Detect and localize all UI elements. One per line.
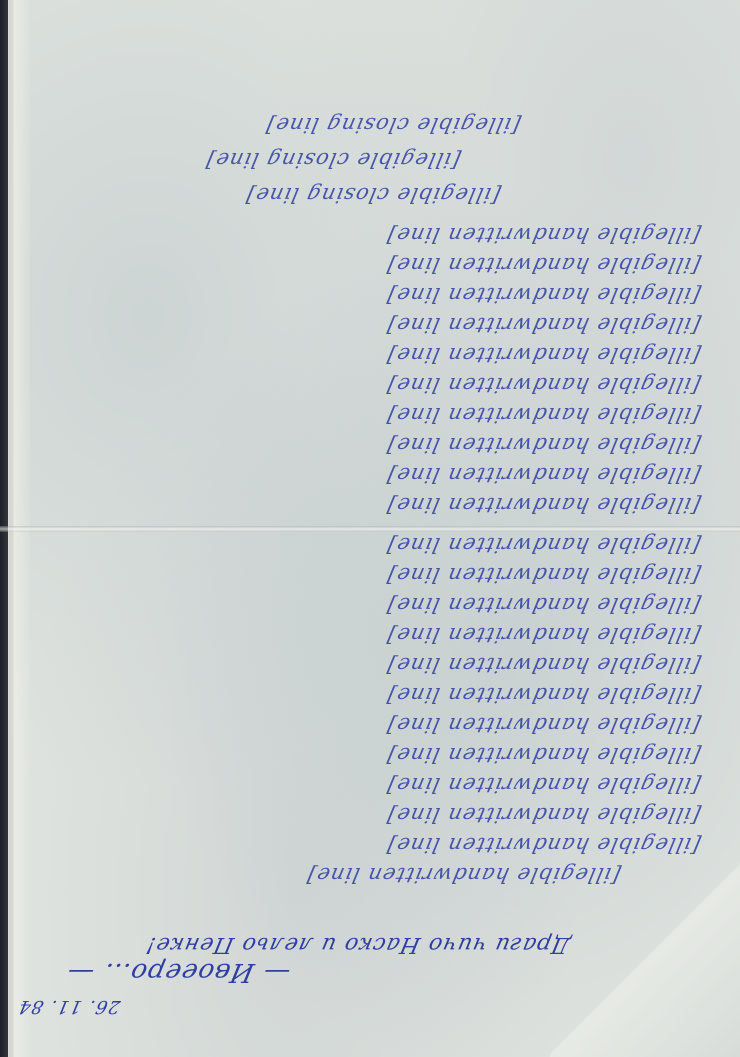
- body-line: [illegible handwritten line]: [384, 653, 702, 677]
- body-line: [illegible handwritten line]: [384, 833, 702, 857]
- closing-line: [illegible closing line]: [203, 148, 462, 172]
- body-line: [illegible handwritten line]: [304, 863, 622, 887]
- body-line: [illegible handwritten line]: [384, 773, 702, 797]
- closing-line: [illegible closing line]: [263, 113, 522, 137]
- letter-signature: — Ивоееро… —: [64, 957, 293, 987]
- body-line: [illegible handwritten line]: [384, 403, 702, 427]
- body-line: [illegible handwritten line]: [384, 223, 702, 247]
- body-line: [illegible handwritten line]: [384, 343, 702, 367]
- body-line: [illegible handwritten line]: [384, 433, 702, 457]
- body-line: [illegible handwritten line]: [384, 373, 702, 397]
- body-line: [illegible handwritten line]: [384, 803, 702, 827]
- body-line: [illegible handwritten line]: [384, 683, 702, 707]
- body-line: [illegible handwritten line]: [384, 253, 702, 277]
- handwritten-letter: 26. 11. 84 — Ивоееро… — Драги чичо Наско…: [0, 0, 740, 1057]
- body-line: [illegible handwritten line]: [384, 313, 702, 337]
- body-line: [illegible handwritten line]: [384, 493, 702, 517]
- body-line: [illegible handwritten line]: [384, 743, 702, 767]
- closing-line: [illegible closing line]: [243, 183, 502, 207]
- body-line: [illegible handwritten line]: [384, 283, 702, 307]
- body-line: [illegible handwritten line]: [384, 593, 702, 617]
- body-line: [illegible handwritten line]: [384, 563, 702, 587]
- body-line: [illegible handwritten line]: [384, 463, 702, 487]
- body-line: [illegible handwritten line]: [384, 533, 702, 557]
- letter-greeting: Драги чичо Наско и лельо Пенке!: [143, 932, 573, 957]
- body-line: [illegible handwritten line]: [384, 713, 702, 737]
- body-line: [illegible handwritten line]: [384, 623, 702, 647]
- letter-date: 26. 11. 84: [16, 996, 122, 1017]
